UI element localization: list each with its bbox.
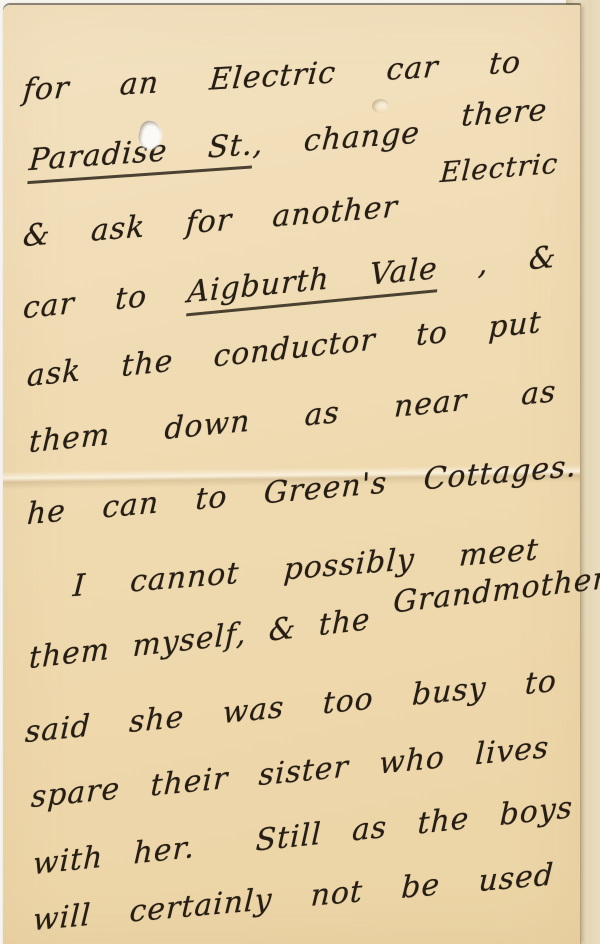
inserted-word-electric: Electric <box>439 147 559 190</box>
letter-text: them down as near as <box>28 374 557 460</box>
letter-paper: for an Electric car to Paradise St., cha… <box>3 5 581 944</box>
letter-text: & ask for another <box>22 186 439 254</box>
letter-line-1: for an Electric car to <box>22 45 523 108</box>
letter-text: he can to Green's Cottages. <box>26 449 578 532</box>
letter-text: for an Electric car to <box>22 45 523 108</box>
letter-text: there <box>460 93 548 134</box>
letter-line-3: & ask for another Electric <box>22 177 558 254</box>
underlined-aigburth-vale: Aigburth Vale <box>186 251 438 316</box>
letter-text: them myself, & the <box>29 599 394 676</box>
letter-line-6: them down as near as <box>28 374 557 460</box>
letter-text: , change <box>252 113 462 163</box>
pressure-dimple <box>372 99 389 113</box>
letter-scan: for an Electric car to Paradise St., cha… <box>0 0 600 944</box>
letter-text: car to <box>22 275 188 326</box>
letter-line-7: he can to Green's Cottages. <box>26 449 578 532</box>
letter-text: , & <box>437 239 557 286</box>
